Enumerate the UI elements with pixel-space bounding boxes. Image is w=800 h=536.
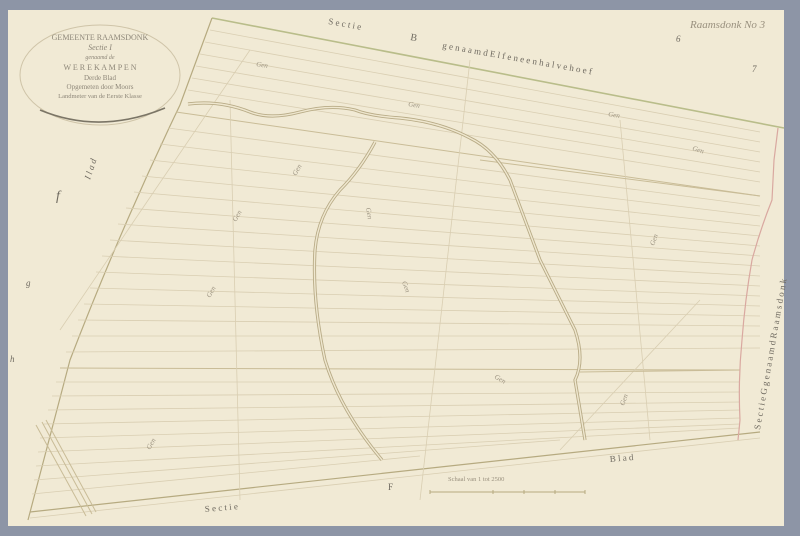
cartouche-surveyor: Opgemeten door Moors	[67, 83, 134, 91]
bottom-blad-label: B l a d	[609, 452, 634, 464]
cartouche-section: Sectie I	[88, 43, 112, 52]
svg-text:Schaal van 1 tot 2500: Schaal van 1 tot 2500	[448, 476, 504, 483]
letter-g: g	[26, 278, 31, 288]
cadastral-map: GEMEENTE RAAMSDONK Sectie I genaamd de W…	[0, 0, 800, 536]
cartouche-surveyor-class: Landmeter van de Eerste Klasse	[58, 93, 142, 100]
number-6: 6	[676, 34, 681, 44]
letter-h: h	[10, 354, 15, 364]
cartouche-place: W E R E K A M P E N	[63, 63, 136, 72]
cartouche-municipality: GEMEENTE RAAMSDONK	[52, 33, 149, 42]
bottom-letter: F	[388, 482, 393, 492]
cartouche-sheet: Derde Blad	[84, 74, 117, 82]
cartouche-named: genaamd de	[85, 55, 114, 61]
sheet-reference: Raamsdonk No 3	[689, 19, 766, 31]
number-7: 7	[752, 64, 757, 74]
